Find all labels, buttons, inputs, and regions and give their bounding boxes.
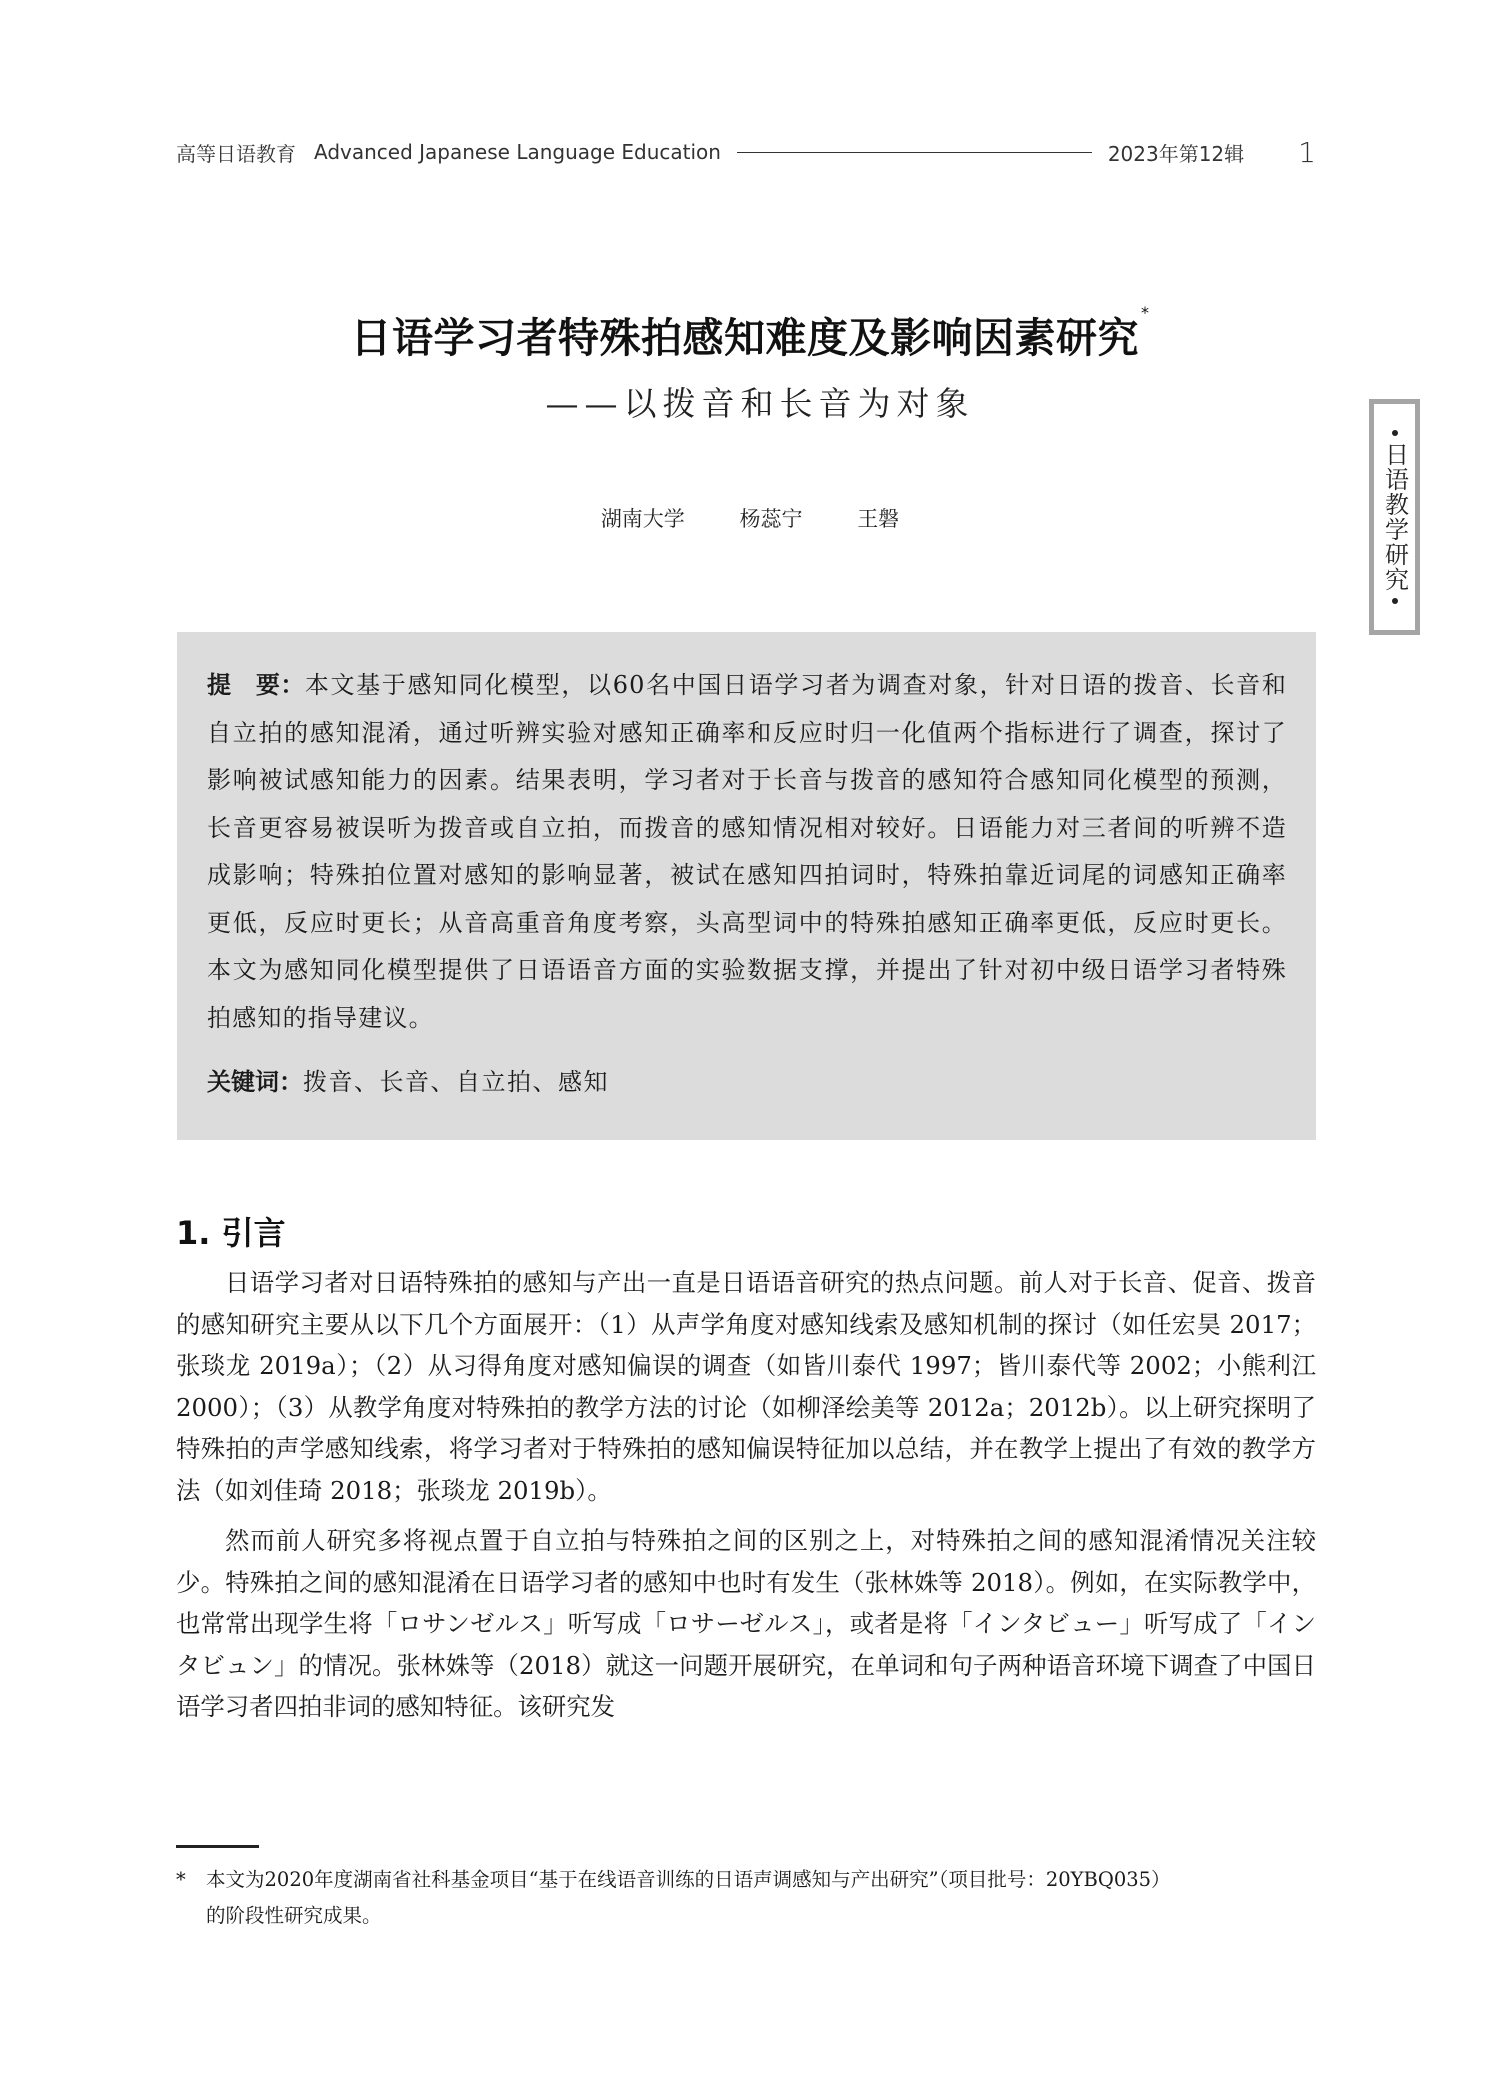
article-title: 日语学习者特殊拍感知难度及影响因素研究* (0, 305, 1500, 364)
abstract-label-char: 提 (207, 671, 231, 699)
article-title-text: 日语学习者特殊拍感知难度及影响因素研究 (351, 314, 1140, 362)
body-paragraph: 然而前人研究多将视点置于自立拍与特殊拍之间的区别之上，对特殊拍之间的感知混淆情况… (176, 1520, 1316, 1728)
footnote-marker: * (176, 1862, 206, 1898)
abstract-label-char: 要： (255, 671, 304, 699)
abstract-text: 本文基于感知同化模型，以60名中国日语学习者为调查对象，针对日语的拨音、长音和自… (207, 671, 1287, 1032)
footnote: *本文为2020年度湖南省社科基金项目“基于在线语音训练的日语声调感知与产出研究… (176, 1862, 1316, 1934)
abstract-label: 提要： (207, 671, 305, 699)
abstract: 提要：本文基于感知同化模型，以60名中国日语学习者为调查对象，针对日语的拨音、长… (207, 662, 1287, 1042)
keywords-label: 关键词： (207, 1068, 303, 1096)
journal-name-en: Advanced Japanese Language Education (314, 140, 721, 164)
page-number: 1 (1298, 136, 1316, 169)
footnote-rule (176, 1845, 259, 1848)
author-affiliation: 湖南大学 (601, 507, 685, 531)
header-rule (737, 152, 1092, 153)
author-line: 湖南大学 杨蕊宁 王磐 (0, 503, 1500, 533)
article-subtitle: ——以拨音和长音为对象 (0, 378, 1500, 425)
abstract-box: 提要：本文基于感知同化模型，以60名中国日语学习者为调查对象，针对日语的拨音、长… (177, 632, 1316, 1140)
keywords-list: 拨音、长音、自立拍、感知 (303, 1068, 609, 1096)
running-header: 高等日语教育 Advanced Japanese Language Educat… (176, 136, 1316, 168)
body-paragraph: 日语学习者对日语特殊拍的感知与产出一直是日语语音研究的热点问题。前人对于长音、促… (176, 1262, 1316, 1511)
keywords: 关键词：拨音、长音、自立拍、感知 (207, 1062, 1287, 1097)
bullet-dot-icon (1392, 430, 1398, 436)
title-footnote-marker[interactable]: * (1141, 303, 1150, 322)
section-body: 日语学习者对日语特殊拍的感知与产出一直是日语语音研究的热点问题。前人对于长音、促… (176, 1262, 1316, 1737)
issue-label: 2023年第12辑 (1108, 138, 1244, 167)
author-name: 王磐 (857, 507, 899, 531)
footnote-text: 本文为2020年度湖南省社科基金项目“基于在线语音训练的日语声调感知与产出研究”… (206, 1868, 1171, 1891)
journal-name-cn: 高等日语教育 (176, 138, 296, 167)
section-heading: 1. 引言 (176, 1208, 286, 1254)
bullet-dot-icon (1392, 598, 1398, 604)
footnote-text-continued: 的阶段性研究成果。 (176, 1898, 1316, 1934)
author-name: 杨蕊宁 (740, 507, 803, 531)
